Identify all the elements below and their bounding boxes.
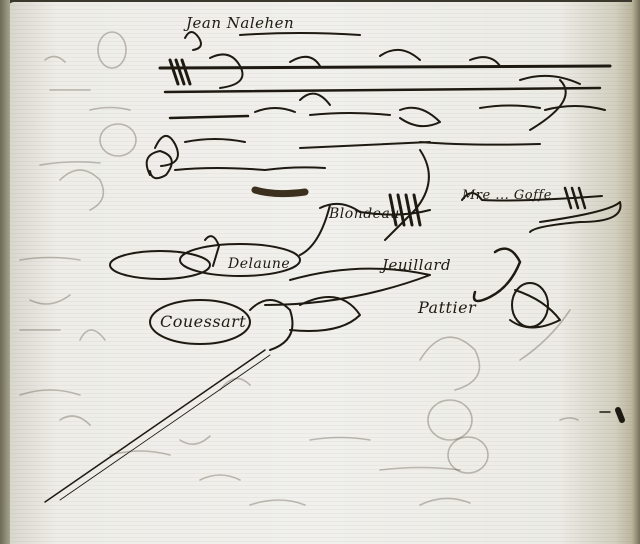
handwriting-strokes (0, 0, 640, 544)
signature-blondeau: Blondeau (329, 206, 400, 222)
header-line: Jean Nalehen (186, 14, 294, 32)
signature-jeuillard: Jeuillard (382, 256, 451, 274)
signature-couessart: Couessart (160, 312, 246, 331)
signature-pattier: Pattier (418, 298, 476, 317)
signature-goffe: Mre ... Goffe (462, 188, 552, 203)
manuscript-photo: Jean Nalehen Blondeau Delaune Mre ... Go… (0, 0, 640, 544)
signature-delaune: Delaune (228, 256, 290, 272)
